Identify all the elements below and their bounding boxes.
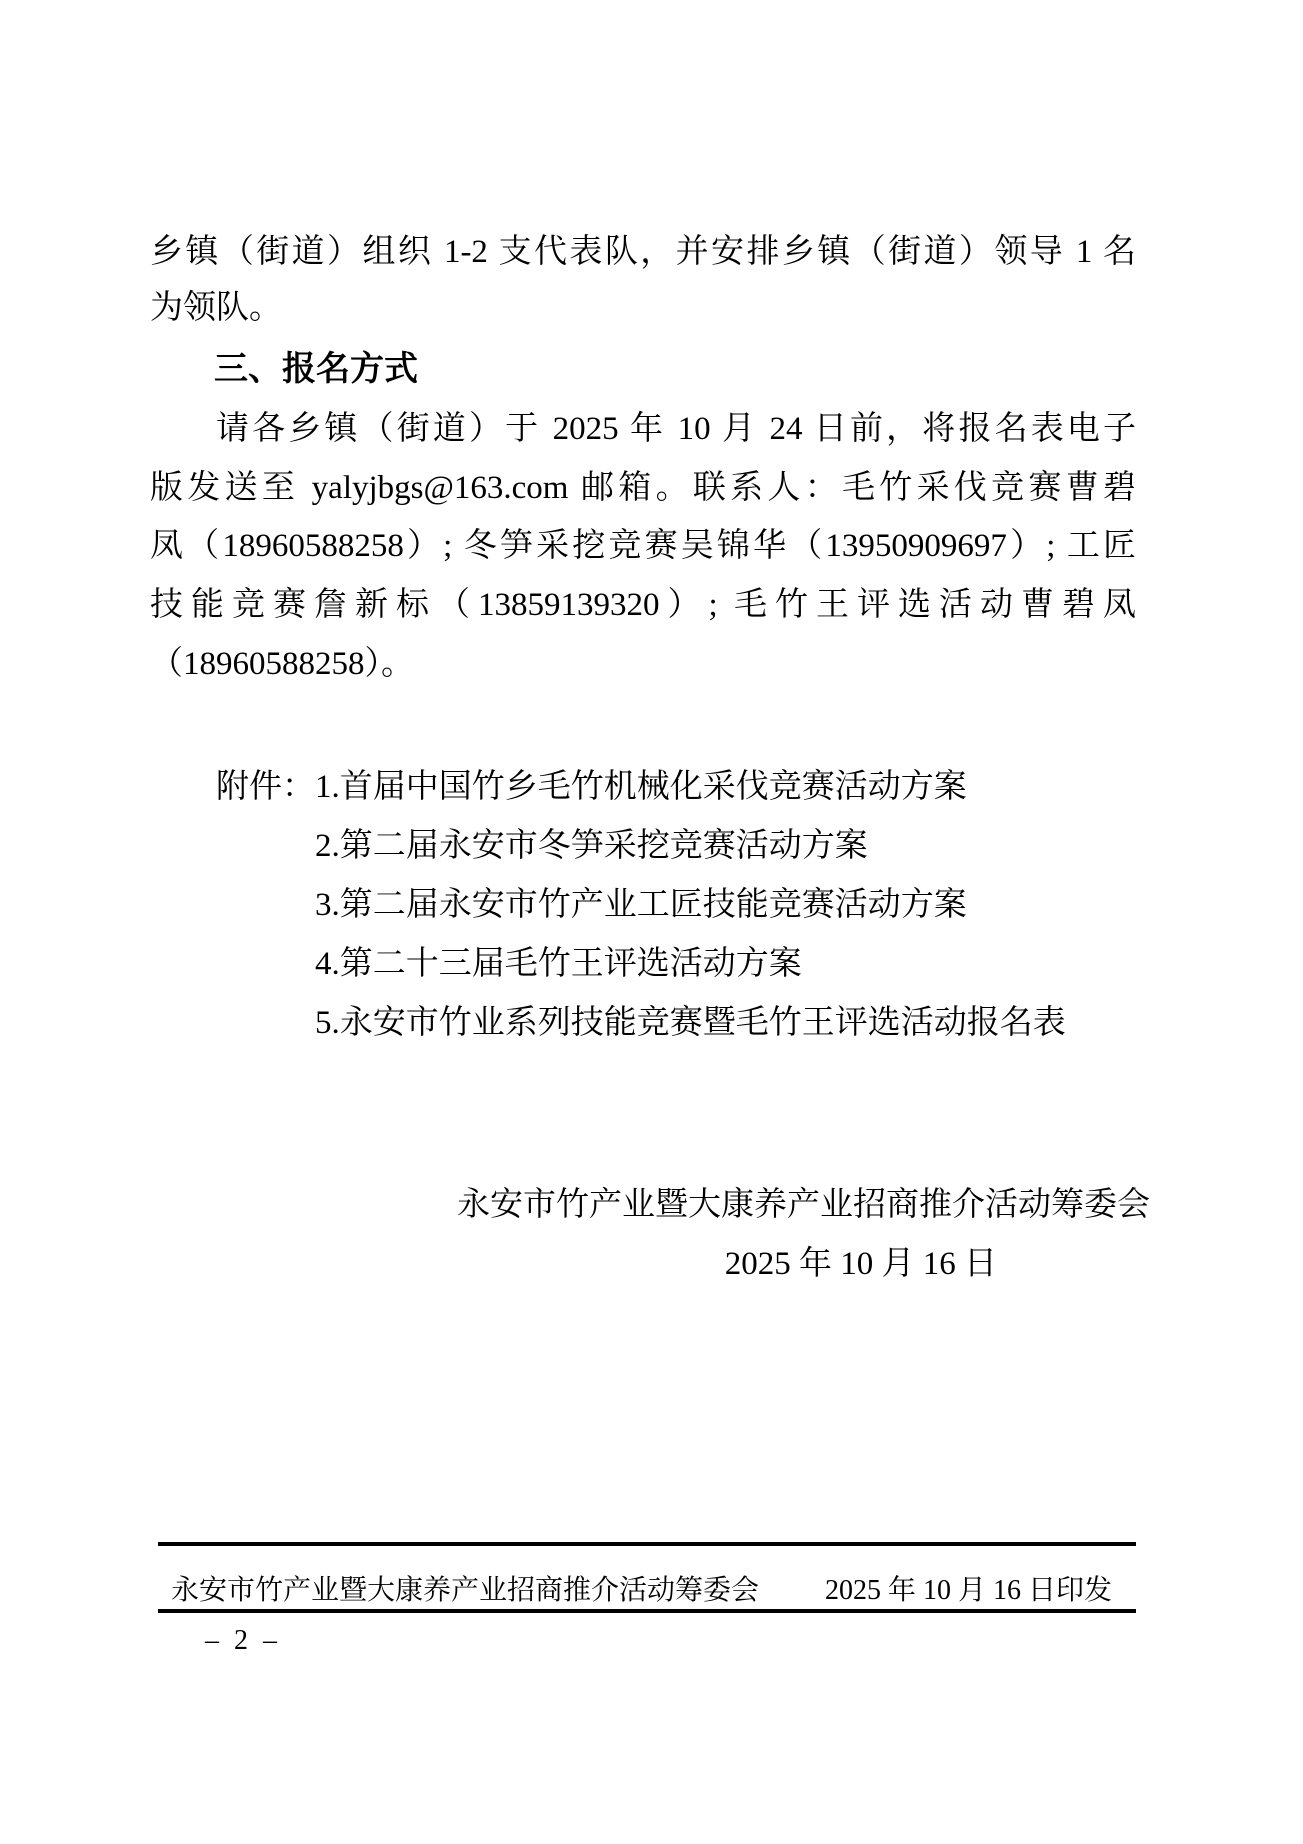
signature-date: 2025 年 10 月 16 日 xyxy=(725,1237,997,1284)
body-paragraph-line-5: （18960588258）。 xyxy=(150,644,1136,684)
attachments-label: 附件： xyxy=(216,769,315,805)
body-paragraph-line-2: 版发送至 yalyjbgs@163.com 邮箱。联系人：毛竹采伐竞赛曹碧 xyxy=(150,468,1136,508)
section-heading: 三、报名方式 xyxy=(150,349,1200,389)
paragraph-continuation-line-1: 乡镇（街道）组织 1-2 支代表队，并安排乡镇（街道）领导 1 名 xyxy=(150,232,1136,272)
document-page: 乡镇（街道）组织 1-2 支代表队，并安排乡镇（街道）领导 1 名 为领队。 三… xyxy=(0,0,1303,1844)
footer-print-date: 2025 年 10 月 16 日印发 xyxy=(825,1568,1112,1608)
footer-imprint-row: 永安市竹产业暨大康养产业招商推介活动筹委会 2025 年 10 月 16 日印发 xyxy=(158,1568,1136,1608)
attachments-line: 附件：1.首届中国竹乡毛竹机械化采伐竞赛活动方案 xyxy=(150,767,1202,807)
footer-rule-top xyxy=(158,1542,1136,1546)
attachment-item-3: 3.第二届永安市竹产业工匠技能竞赛活动方案 xyxy=(150,885,1301,925)
footer-issuer: 永安市竹产业暨大康养产业招商推介活动筹委会 xyxy=(171,1568,759,1608)
footer-rule-bottom xyxy=(158,1609,1136,1613)
signature-organization: 永安市竹产业暨大康养产业招商推介活动筹委会 xyxy=(457,1178,1150,1225)
attachment-item-5: 5.永安市竹业系列技能竞赛暨毛竹王评选活动报名表 xyxy=(150,1003,1301,1043)
page-number: – 2 – xyxy=(205,1625,281,1657)
body-paragraph-line-3: 凤（18960588258）; 冬笋采挖竞赛吴锦华（13950909697）; … xyxy=(150,526,1136,566)
attachment-item-1: 1.首届中国竹乡毛竹机械化采伐竞赛活动方案 xyxy=(315,769,967,805)
attachment-item-4: 4.第二十三届毛竹王评选活动方案 xyxy=(150,944,1301,984)
attachment-item-2: 2.第二届永安市冬笋采挖竞赛活动方案 xyxy=(150,826,1301,866)
paragraph-continuation-line-2: 为领队。 xyxy=(150,288,1136,328)
body-paragraph-line-1: 请各乡镇（街道）于 2025 年 10 月 24 日前，将报名表电子 xyxy=(150,409,1136,449)
body-paragraph-line-4: 技能竞赛詹新标（13859139320）; 毛竹王评选活动曹碧凤 xyxy=(150,585,1136,625)
